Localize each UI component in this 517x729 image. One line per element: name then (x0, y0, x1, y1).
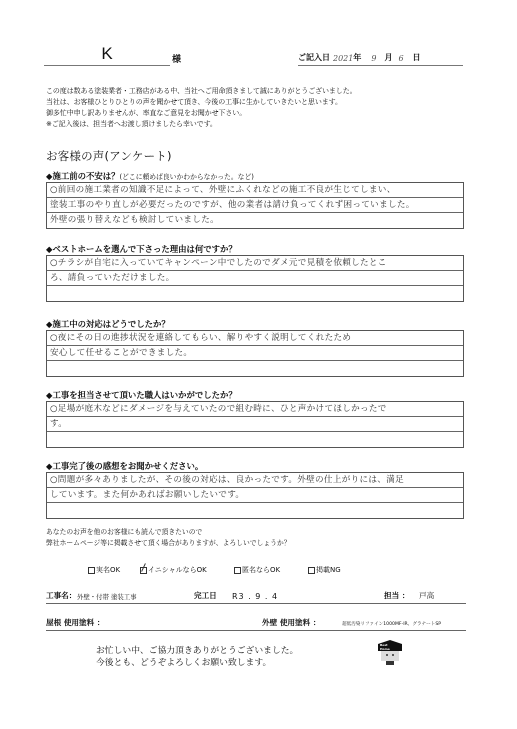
question-subtext: (どこに頼めば良いかわからなかった。など) (119, 173, 253, 181)
option-no-publish[interactable]: 掲載NG (308, 565, 341, 575)
option-label: 実名OK (96, 565, 120, 575)
option-anonymous[interactable]: 匿名ならOK (234, 565, 302, 575)
work-details-row: 工事名： 外壁・付帯 塗装工事 完工日 R3 . 9 . 4 担当 ： 戸高 (46, 589, 466, 604)
permission-line: あなたのお声を他のお客様にも読んで頂きたいので (46, 527, 291, 538)
checkbox[interactable] (234, 567, 241, 574)
question-label: ◆ベストホームを選んで下さった理由は何ですか？ (46, 243, 466, 255)
question-label: ◆施工前の不安は？(どこに頼めば良いかわからなかった。など) (46, 170, 466, 182)
answer-line: 外壁の張り替えなども検討していました。 (47, 213, 463, 228)
answer-box: ○前回の施工業者の知識不足によって、外壁にふくれなどの施工不良が生じてしまい、 … (46, 182, 464, 229)
answer-line: ○問題が多々ありましたが、その後の対応は、良かったです。外壁の仕上がりには、満足 (47, 473, 463, 488)
thanks-message: お忙しい中、ご協力頂きありがとうございました。 今後とも、どうぞよろしくお願い致… (96, 645, 298, 669)
question-text: ◆ベストホームを選んで下さった理由は何ですか？ (46, 244, 237, 254)
intro-line: ※ご記入後は、担当者へお渡し頂けましたら幸いです。 (46, 119, 357, 130)
answer-line: ろ、請負っていただけました。 (47, 271, 463, 286)
wall-paint-value: 超低汚染リファイン1000MF-IR、グラナートSP (342, 621, 441, 627)
intro-line: この度は数ある塗装業者・工務店がある中、当社へご用命頂きまして誠にありがとうござ… (46, 86, 357, 97)
question-before-construction: ◆施工前の不安は？(どこに頼めば良いかわからなかった。など) ○前回の施工業者の… (46, 170, 466, 229)
survey-title: お客様の声(アンケート) (46, 148, 172, 164)
best-home-mascot-logo: Best Home (378, 640, 402, 668)
question-text: ◆工事を担当させて頂いた職人はいかがでしたか？ (46, 390, 237, 400)
customer-name: K (44, 44, 170, 66)
intro-text: この度は数ある塗装業者・工務店がある中、当社へご用命頂きまして誠にありがとうござ… (46, 86, 357, 130)
answer-line (47, 432, 463, 447)
paint-details-row: 屋根 使用塗料 ： 外壁 使用塗料 ： 超低汚染リファイン1000MF-IR、グ… (46, 617, 466, 631)
thanks-line: お忙しい中、ご協力頂きありがとうございました。 (96, 645, 298, 657)
completion-label: 完工日 (194, 590, 217, 601)
date-label: ご記入日 (298, 52, 330, 63)
completion-value: R3 . 9 . 4 (232, 592, 278, 601)
answer-line (47, 286, 463, 301)
answer-line: ○チラシが自宅に入っていてキャンペーン中でしたのでダメ元で見積を依頼したとこ (47, 256, 463, 271)
permission-options: 実名OK イニシャルならOK 匿名ならOK 掲載NG (88, 565, 341, 575)
answer-box: ○足場が庭木などにダメージを与えていたので組む時に、ひと声かけてほしかったで す… (46, 401, 464, 448)
option-real-name[interactable]: 実名OK (88, 565, 132, 575)
month-unit: 月 (384, 52, 392, 63)
answer-line: 安心して任せることができました。 (47, 346, 463, 361)
day-unit: 日 (413, 52, 421, 63)
question-label: ◆工事を担当させて頂いた職人はいかがでしたか？ (46, 389, 466, 401)
question-craftsman: ◆工事を担当させて頂いた職人はいかがでしたか？ ○足場が庭木などにダメージを与え… (46, 389, 466, 448)
logo-sign: Best Home (378, 644, 402, 651)
option-initials[interactable]: イニシャルならOK (140, 565, 230, 575)
date-day: 6 (398, 54, 403, 63)
thanks-line: 今後とも、どうぞよろしくお願い致します。 (96, 657, 298, 669)
checkbox[interactable] (88, 567, 95, 574)
year-unit: 年 (353, 52, 361, 63)
question-after-completion: ◆工事完了後の感想をお聞かせください。 ○問題が多々ありましたが、その後の対応は… (46, 460, 466, 519)
option-label: イニシャルならOK (148, 565, 207, 575)
checkbox-checked[interactable] (140, 567, 147, 574)
option-label: 掲載NG (316, 565, 341, 575)
permission-text: あなたのお声を他のお客様にも読んで頂きたいので 弊社ホームページ等に掲載させて頂… (46, 527, 291, 549)
answer-box: ○問題が多々ありましたが、その後の対応は、良かったです。外壁の仕上がりには、満足… (46, 472, 464, 519)
answer-line: 塗装工事のやり直しが必要だったのですが、他の業者は請け負ってくれず困っていました… (47, 198, 463, 213)
questionnaire-page: K 様 ご記入日 2021 年 9 月 6 日 この度は数ある塗装業者・工務店が… (0, 0, 517, 729)
roof-paint-label: 屋根 使用塗料 ： (46, 617, 104, 628)
question-text: ◆工事完了後の感想をお聞かせください。 (46, 461, 203, 471)
answer-line: ○足場が庭木などにダメージを与えていたので組む時に、ひと声かけてほしかったで (47, 402, 463, 417)
wall-paint-label: 外壁 使用塗料 ： (262, 617, 320, 628)
answer-line (47, 503, 463, 518)
permission-line: 弊社ホームページ等に掲載させて頂く場合がありますが、よろしいでしょうか？ (46, 538, 291, 549)
question-text: ◆施工前の不安は？ (46, 171, 119, 181)
answer-box: ○チラシが自宅に入っていてキャンペーン中でしたのでダメ元で見積を依頼したとこ ろ… (46, 255, 464, 302)
intro-line: 当社は、お客様ひとりひとりの声を聞かせて頂き、今後の工事に生かしていきたいと思い… (46, 97, 357, 108)
checkbox[interactable] (308, 567, 315, 574)
honorific: 様 (172, 52, 181, 65)
question-during-construction: ◆施工中の対応はどうでしたか？ ○夜にその日の進捗状況を連絡してもらい、解りやす… (46, 318, 466, 377)
answer-line (47, 361, 463, 376)
staff-value: 戸高 (419, 590, 434, 601)
staff-label: 担当 ： (384, 590, 409, 601)
answer-line: ○前回の施工業者の知識不足によって、外壁にふくれなどの施工不良が生じてしまい、 (47, 183, 463, 198)
date-year: 2021 (333, 54, 353, 63)
question-label: ◆施工中の対応はどうでしたか？ (46, 318, 466, 330)
work-name-value: 外壁・付帯 塗装工事 (77, 592, 137, 601)
date-month: 9 (371, 54, 376, 63)
answer-line: しています。また何かあればお願いしたいです。 (47, 488, 463, 503)
mascot-face-icon (381, 651, 399, 661)
answer-line: ○夜にその日の進捗状況を連絡してもらい、解りやすく説明してくれたため (47, 331, 463, 346)
question-text: ◆施工中の対応はどうでしたか？ (46, 319, 170, 329)
intro-line: 御多忙中申し訳ありませんが、率直なご意見をお聞かせ下さい。 (46, 108, 357, 119)
answer-line: す。 (47, 417, 463, 432)
mascot-body-icon (386, 661, 394, 665)
question-label: ◆工事完了後の感想をお聞かせください。 (46, 460, 466, 472)
answer-box: ○夜にその日の進捗状況を連絡してもらい、解りやすく説明してくれたため 安心して任… (46, 330, 464, 377)
option-label: 匿名ならOK (242, 565, 280, 575)
entry-date: ご記入日 2021 年 9 月 6 日 (298, 50, 463, 66)
question-reason-for-choice: ◆ベストホームを選んで下さった理由は何ですか？ ○チラシが自宅に入っていてキャン… (46, 243, 466, 302)
work-name-label: 工事名： (46, 590, 76, 601)
